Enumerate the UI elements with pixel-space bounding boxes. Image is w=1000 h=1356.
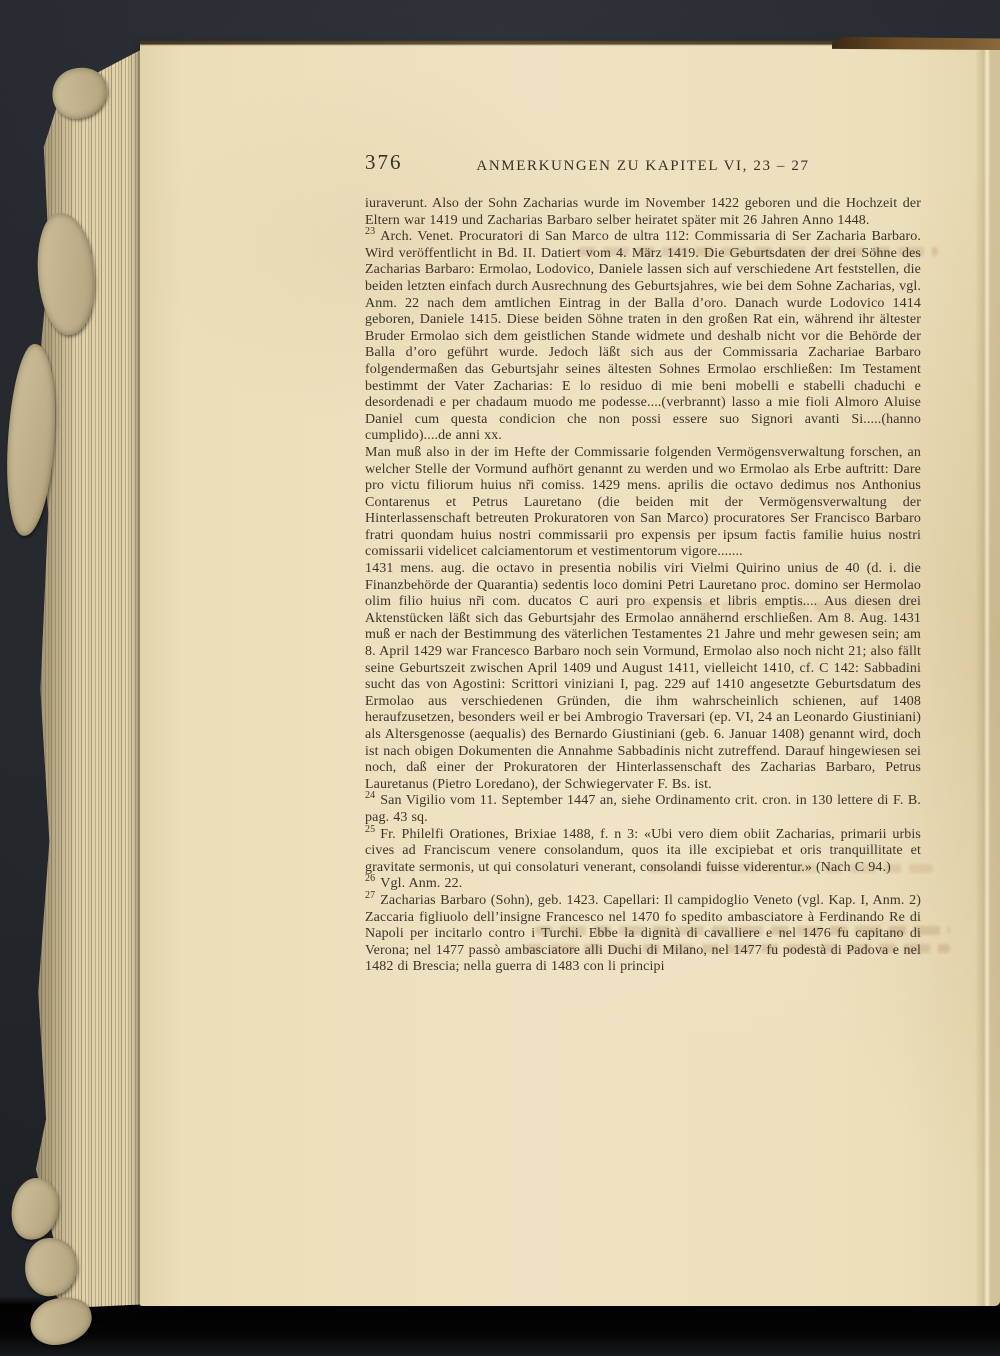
footnote-marker: 25 [365, 824, 375, 835]
footnote-27: 27Zacharias Barbaro (Sohn), geb. 1423. C… [365, 893, 921, 976]
paragraph-text: iuraverunt. Also der Sohn Zacharias wurd… [365, 196, 921, 228]
footnote-23: 23Arch. Venet. Procuratori di San Marco … [365, 229, 921, 445]
page-content: 376 ANMERKUNGEN ZU KAPITEL VI, 23 – 27 i… [365, 156, 921, 976]
footnote-marker: 23 [365, 226, 375, 237]
footnote-26: 26Vgl. Anm. 22. [365, 876, 921, 893]
footnote-23-part-2: Man muß also in der im Hefte der Commiss… [365, 445, 921, 561]
footnote-24: 24San Vigilio vom 11. September 1447 an,… [365, 793, 921, 826]
paragraph-text: San Vigilio vom 11. September 1447 an, s… [365, 793, 921, 825]
page-number: 376 [365, 154, 403, 171]
paragraph-continuation: iuraverunt. Also der Sohn Zacharias wurd… [365, 196, 921, 229]
footnote-marker: 26 [365, 873, 375, 884]
page-crease [975, 44, 1000, 1306]
paragraph-text: 1431 mens. aug. die octavo in presentia … [365, 561, 921, 792]
page-header-row: 376 ANMERKUNGEN ZU KAPITEL VI, 23 – 27 [365, 156, 921, 182]
paragraph-text: Arch. Venet. Procuratori di San Marco de… [365, 229, 921, 443]
paragraph-text: Zacharias Barbaro (Sohn), geb. 1423. Cap… [365, 893, 921, 974]
footnote-23-part-3: 1431 mens. aug. die octavo in presentia … [365, 561, 921, 793]
paragraph-text: Fr. Philelfi Orationes, Brixiae 1488, f.… [365, 827, 921, 875]
paragraph-text: Man muß also in der im Hefte der Commiss… [365, 445, 921, 560]
book-page: 376 ANMERKUNGEN ZU KAPITEL VI, 23 – 27 i… [140, 44, 1000, 1306]
paragraph-text: Vgl. Anm. 22. [380, 876, 462, 891]
footnote-marker: 24 [365, 790, 375, 801]
footnote-marker: 27 [365, 890, 375, 901]
footnote-25: 25Fr. Philelfi Orationes, Brixiae 1488, … [365, 827, 921, 877]
running-header: ANMERKUNGEN ZU KAPITEL VI, 23 – 27 [365, 156, 921, 175]
